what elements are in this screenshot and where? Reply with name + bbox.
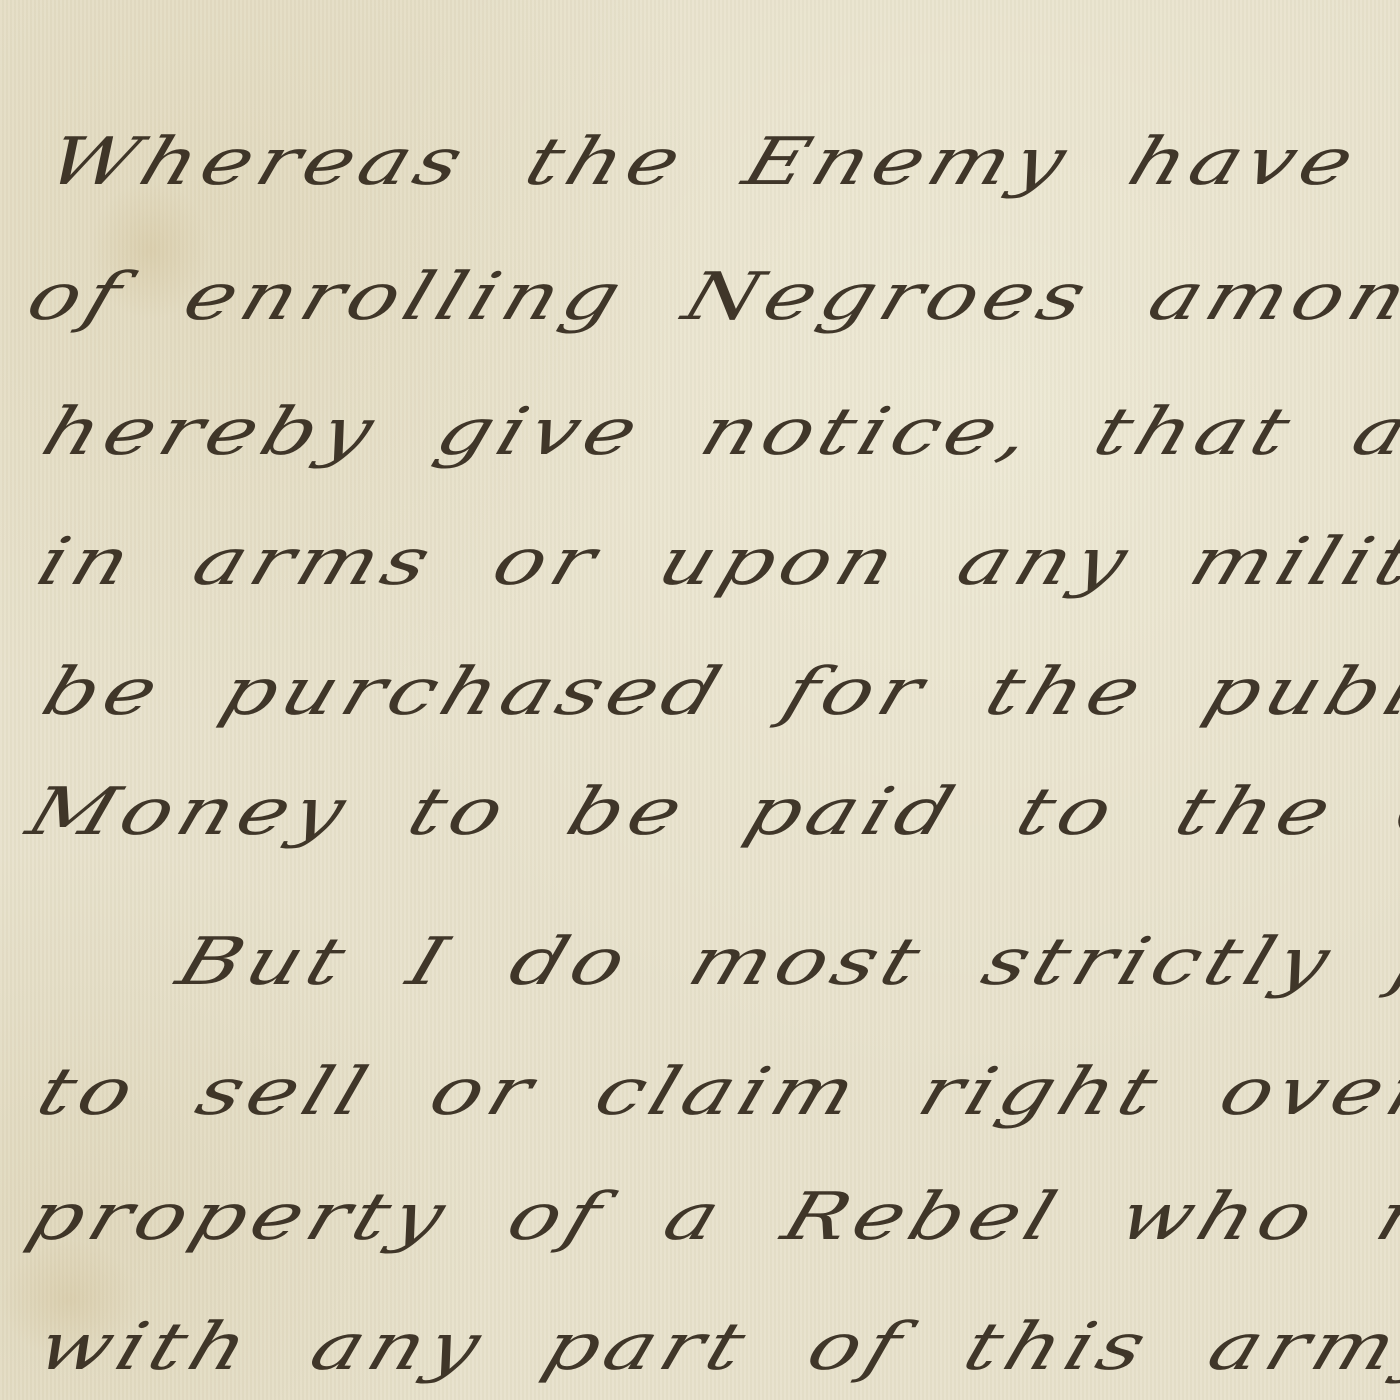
manuscript-line: Money to be paid to the Captors. [20,778,1400,844]
manuscript-line: hereby give notice, that all Negroes [35,398,1400,464]
manuscript-line: But I do most strictly forbid a [170,928,1400,994]
manuscript-line: of enrolling Negroes among their t [20,263,1400,329]
manuscript-line: to sell or claim right over any [30,1058,1400,1124]
manuscript-line: be purchased for the public service [35,658,1400,724]
manuscript-line: Whereas the Enemy have adopted a p [40,128,1400,194]
manuscript-page: Whereas the Enemy have adopted a p of en… [0,0,1400,1400]
manuscript-line: in arms or upon any military Duty, [30,528,1400,594]
manuscript-line: property of a Rebel who may t [20,1183,1400,1249]
manuscript-line: with any part of this army; and [30,1313,1400,1379]
